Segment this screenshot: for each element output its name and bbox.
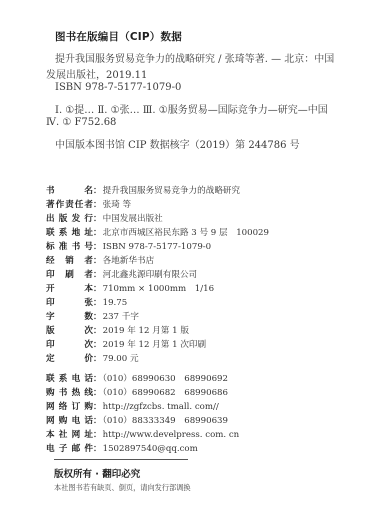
cip-heading: 图书在版编目（CIP）数据	[55, 29, 182, 44]
info-row-author: 著作责任者：张琦 等	[46, 198, 131, 210]
contact-row-online-order: 网络订购：http://zgfzcbs. tmall. com//	[46, 400, 219, 412]
cip-classification-line-1: Ⅰ. ①提… Ⅱ. ①张… Ⅲ. ①服务贸易—国际竞争力—研究—中国	[55, 101, 328, 116]
cip-title-line-1: 提升我国服务贸易竞争力的战略研究 / 张琦等著. — 北京：中国	[55, 50, 334, 65]
info-row-printing: 印 次：2019 年 12 月第 1 次印刷	[46, 338, 206, 350]
contact-row-online-phone: 网购电话：（010）88333349 68990639	[46, 414, 228, 426]
info-row-publisher: 出版发行：中国发展出版社	[46, 212, 163, 224]
contact-row-website: 本社网址：http://www.develpress. com. cn	[46, 428, 239, 440]
info-row-isbn: 标准书号：ISBN 978-7-5177-1079-0	[46, 240, 211, 252]
copyright-notice: 版权所有 · 翻印必究	[54, 466, 140, 480]
copyright-page: 图书在版编目（CIP）数据 提升我国服务贸易竞争力的战略研究 / 张琦等著. —…	[0, 0, 375, 517]
contact-row-hotline: 购书热线：（010）68990682 68990686	[46, 386, 228, 398]
info-row-price: 定 价：79.00 元	[46, 352, 139, 364]
info-row-address: 联系地址：北京市西城区裕民东路 3 号 9 层 100029	[46, 226, 269, 238]
cip-library-record: 中国版本图书馆 CIP 数据核字（2019）第 244786 号	[55, 136, 300, 151]
info-row-distributor: 经销者：各地新华书店	[46, 254, 154, 266]
info-row-edition: 版 次：2019 年 12 月第 1 版	[46, 324, 189, 336]
info-row-word-count: 字 数：237 千字	[46, 310, 139, 322]
divider	[54, 459, 188, 460]
cip-isbn: ISBN 978-7-5177-1079-0	[55, 82, 181, 93]
cip-title-line-2: 发展出版社，2019.11	[46, 66, 147, 81]
contact-row-phone: 联系电话：（010）68990630 68990692	[46, 372, 228, 384]
contact-row-email: 电子邮件：1502897540@qq.com	[46, 442, 198, 454]
return-notice: 本社图书若有缺页、倒页，请向发行部调换	[54, 483, 191, 493]
info-row-printer: 印刷者：河北鑫兆源印刷有限公司	[46, 268, 197, 280]
info-row-title: 书 名：提升我国服务贸易竞争力的战略研究	[46, 184, 240, 196]
info-row-format: 开 本：710mm × 1000mm 1/16	[46, 282, 214, 294]
cip-classification-line-2: Ⅳ. ① F752.68	[46, 117, 116, 128]
info-row-sheets: 印 张：19.75	[46, 296, 127, 308]
